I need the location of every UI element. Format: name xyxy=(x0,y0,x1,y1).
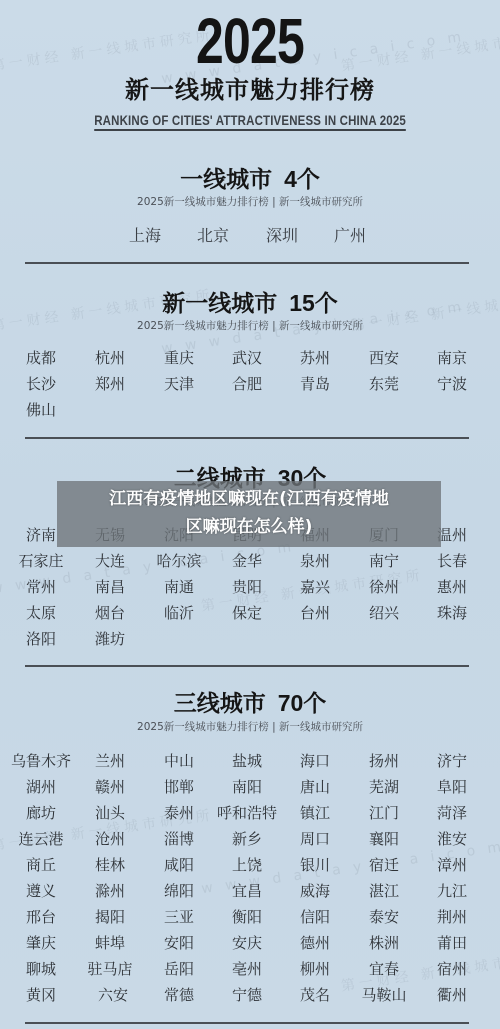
caption-overlay: 江西有疫情地区嘛现在(江西有疫情地 区嘛现在怎么样) xyxy=(57,481,441,547)
city-item: 惠州 xyxy=(412,576,492,598)
caption-line-1: 江西有疫情地区嘛现在(江西有疫情地 xyxy=(57,485,441,513)
city-list-first-tier: 上海 北京 深圳 广州 xyxy=(0,225,500,251)
main-title: 新一线城市魅力排行榜 xyxy=(0,70,500,105)
tier-title-new-first-tier: 新一线城市15个 xyxy=(0,285,500,318)
city-row: 肇庆 蚌埠 安阳 安庆 德州 株洲 莆田 xyxy=(0,932,500,958)
city-item: 肇庆 xyxy=(1,932,81,954)
city-item: 沧州 xyxy=(70,828,150,850)
city-row: 太原 烟台 临沂 保定 台州 绍兴 珠海 xyxy=(0,602,500,628)
city-row: 上海 北京 深圳 广州 xyxy=(0,225,500,251)
city-item: 柳州 xyxy=(275,958,355,980)
city-item: 商丘 xyxy=(1,854,81,876)
city-item: 潍坊 xyxy=(70,628,150,650)
city-row: 佛山 xyxy=(0,399,500,425)
city-item: 黄冈 xyxy=(1,984,81,1006)
city-item: 连云港 xyxy=(1,828,81,850)
section-divider xyxy=(25,262,469,264)
city-item: 聊城 xyxy=(1,958,81,980)
city-item: 唐山 xyxy=(275,776,355,798)
city-item: 信阳 xyxy=(275,906,355,928)
city-item: 衢州 xyxy=(412,984,492,1006)
city-row: 黄冈 六安 常德 宁德 茂名 马鞍山 衢州 xyxy=(0,984,500,1010)
city-item: 台州 xyxy=(275,602,355,624)
year-heading: 2025 xyxy=(55,8,445,74)
city-item: 九江 xyxy=(412,880,492,902)
city-item: 镇江 xyxy=(275,802,355,824)
city-item: 菏泽 xyxy=(412,802,492,824)
city-row: 连云港 沧州 淄博 新乡 周口 襄阳 淮安 xyxy=(0,828,500,854)
section-divider xyxy=(25,665,469,667)
city-item: 常州 xyxy=(1,576,81,598)
city-item: 泉州 xyxy=(275,550,355,572)
city-list-third-tier: 乌鲁木齐 兰州 中山 盐城 海口 扬州 济宁 湖州 赣州 邯郸 南阳 唐山 芜湖… xyxy=(0,750,500,1010)
city-item: 苏州 xyxy=(275,347,355,369)
city-item: 石家庄 xyxy=(1,550,81,572)
city-item: 淮安 xyxy=(412,828,492,850)
city-row: 长沙 郑州 天津 合肥 青岛 东莞 宁波 xyxy=(0,373,500,399)
city-list-new-first-tier: 成都 杭州 重庆 武汉 苏州 西安 南京 长沙 郑州 天津 合肥 青岛 东莞 宁… xyxy=(0,347,500,425)
city-item: 遵义 xyxy=(1,880,81,902)
tier-count: 15个 xyxy=(289,290,338,316)
city-item: 漳州 xyxy=(412,854,492,876)
city-row: 廊坊 汕头 泰州 呼和浩特 镇江 江门 菏泽 xyxy=(0,802,500,828)
city-row: 湖州 赣州 邯郸 南阳 唐山 芜湖 阜阳 xyxy=(0,776,500,802)
city-item: 南昌 xyxy=(70,576,150,598)
city-item: 太原 xyxy=(1,602,81,624)
section-divider xyxy=(25,1022,469,1024)
city-row: 邢台 揭阳 三亚 衡阳 信阳 泰安 荆州 xyxy=(0,906,500,932)
city-item: 烟台 xyxy=(70,602,150,624)
city-row: 商丘 桂林 咸阳 上饶 银川 宿迁 漳州 xyxy=(0,854,500,880)
city-item: 广州 xyxy=(310,225,390,247)
city-item: 荆州 xyxy=(412,906,492,928)
city-item: 莆田 xyxy=(412,932,492,954)
city-item: 兰州 xyxy=(70,750,150,772)
tier-count: 70个 xyxy=(278,690,327,716)
city-item: 茂名 xyxy=(275,984,355,1006)
tier-count: 4个 xyxy=(284,166,320,192)
city-item: 阜阳 xyxy=(412,776,492,798)
city-item: 南京 xyxy=(412,347,492,369)
tier-subtitle: 2025新一线城市魅力排行榜 | 新一线城市研究所 xyxy=(0,318,500,333)
city-item: 郑州 xyxy=(70,373,150,395)
city-item: 海口 xyxy=(275,750,355,772)
city-item: 长春 xyxy=(412,550,492,572)
city-item: 成都 xyxy=(1,347,81,369)
city-item: 湖州 xyxy=(1,776,81,798)
tier-name: 三线城市 xyxy=(174,691,266,717)
city-row: 常州 南昌 南通 贵阳 嘉兴 徐州 惠州 xyxy=(0,576,500,602)
city-item: 廊坊 xyxy=(1,802,81,824)
tier-title-third-tier: 三线城市70个 xyxy=(0,685,500,718)
city-item: 宿州 xyxy=(412,958,492,980)
city-item: 威海 xyxy=(275,880,355,902)
city-item: 长沙 xyxy=(1,373,81,395)
city-item: 济宁 xyxy=(412,750,492,772)
city-item: 揭阳 xyxy=(70,906,150,928)
city-item: 宁波 xyxy=(412,373,492,395)
city-item: 北京 xyxy=(173,225,253,247)
english-title: RANKING OF CITIES' ATTRACTIVENESS IN CHI… xyxy=(0,110,500,131)
city-row: 遵义 滁州 绵阳 宜昌 威海 湛江 九江 xyxy=(0,880,500,906)
city-row: 洛阳 潍坊 xyxy=(0,628,500,654)
city-item: 驻马店 xyxy=(70,958,150,980)
city-row: 石家庄 大连 哈尔滨 金华 泉州 南宁 长春 xyxy=(0,550,500,576)
city-row: 成都 杭州 重庆 武汉 苏州 西安 南京 xyxy=(0,347,500,373)
english-title-text: RANKING OF CITIES' ATTRACTIVENESS IN CHI… xyxy=(94,112,406,131)
city-item: 德州 xyxy=(275,932,355,954)
city-item: 汕头 xyxy=(70,802,150,824)
section-divider xyxy=(25,437,469,439)
city-item: 滁州 xyxy=(70,880,150,902)
city-item: 青岛 xyxy=(275,373,355,395)
city-item: 大连 xyxy=(70,550,150,572)
tier-name: 一线城市 xyxy=(180,167,272,193)
tier-subtitle: 2025新一线城市魅力排行榜 | 新一线城市研究所 xyxy=(0,719,500,734)
caption-text: 江西有疫情地区嘛现在(江西有疫情地 区嘛现在怎么样) xyxy=(57,485,441,541)
city-item: 赣州 xyxy=(70,776,150,798)
caption-line-2: 区嘛现在怎么样) xyxy=(57,513,441,541)
city-item: 蚌埠 xyxy=(70,932,150,954)
city-item: 周口 xyxy=(275,828,355,850)
tier-subtitle: 2025新一线城市魅力排行榜 | 新一线城市研究所 xyxy=(0,194,500,209)
city-item: 嘉兴 xyxy=(275,576,355,598)
tier-title-first-tier: 一线城市4个 xyxy=(0,161,500,194)
city-item: 佛山 xyxy=(1,399,81,421)
city-row: 乌鲁木齐 兰州 中山 盐城 海口 扬州 济宁 xyxy=(0,750,500,776)
city-item: 洛阳 xyxy=(1,628,81,650)
city-item: 杭州 xyxy=(70,347,150,369)
city-row: 聊城 驻马店 岳阳 亳州 柳州 宜春 宿州 xyxy=(0,958,500,984)
city-item: 乌鲁木齐 xyxy=(1,750,81,772)
city-item: 桂林 xyxy=(70,854,150,876)
tier-name: 新一线城市 xyxy=(162,291,277,317)
city-item: 银川 xyxy=(275,854,355,876)
city-item: 珠海 xyxy=(412,602,492,624)
city-item: 邢台 xyxy=(1,906,81,928)
